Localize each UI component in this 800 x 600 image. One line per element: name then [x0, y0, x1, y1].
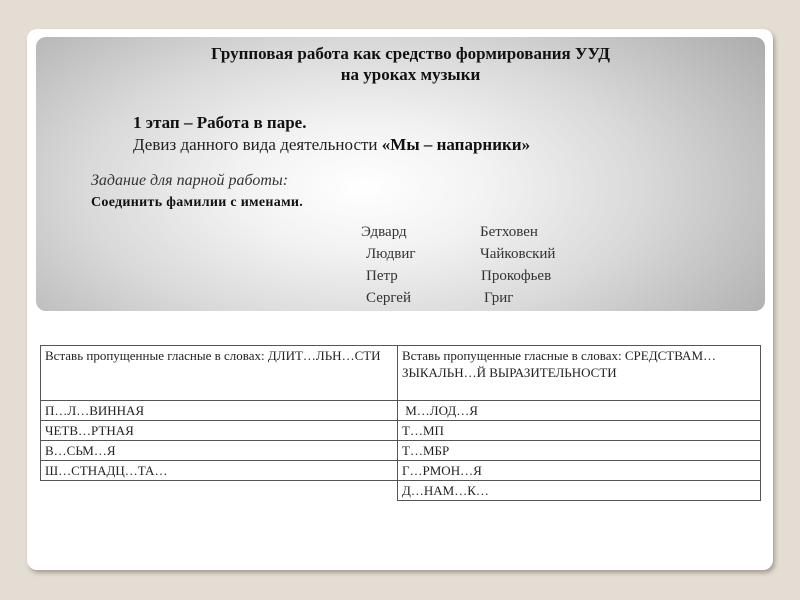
table-cell-empty	[41, 481, 398, 501]
motto: Девиз данного вида деятельности «Мы – на…	[133, 134, 530, 156]
stage-title: 1 этап – Работа в паре.	[133, 112, 530, 134]
table-header-right: Вставь пропущенные гласные в словах: СРЕ…	[398, 346, 761, 401]
stage-block: 1 этап – Работа в паре. Девиз данного ви…	[133, 112, 530, 156]
name-pair: Эдвард Бетховен	[361, 221, 601, 243]
slide: Групповая работа как средство формирован…	[27, 29, 773, 570]
slide-title: Групповая работа как средство формирован…	[36, 43, 765, 85]
task-label: Задание для парной работы:	[91, 170, 303, 192]
last-name: Чайковский	[480, 243, 555, 265]
task-instruction: Соединить фамилии с именами.	[91, 192, 303, 214]
title-line-2: на уроках музыки	[36, 64, 765, 85]
motto-value: «Мы – напарники»	[382, 135, 530, 154]
name-pair: Людвиг Чайковский	[361, 243, 601, 265]
motto-prefix: Девиз данного вида деятельности	[133, 135, 382, 154]
last-name: Григ	[484, 287, 513, 309]
name-pair: Сергей Григ	[361, 287, 601, 309]
names-list: Эдвард Бетховен Людвиг Чайковский Петр П…	[361, 221, 601, 309]
table-cell-right: Г…РМОН…Я	[398, 461, 761, 481]
first-name: Эдвард	[361, 221, 407, 243]
name-pair: Петр Прокофьев	[361, 265, 601, 287]
first-name: Сергей	[366, 287, 411, 309]
last-name: Прокофьев	[481, 265, 551, 287]
title-line-1: Групповая работа как средство формирован…	[36, 43, 765, 64]
header-panel: Групповая работа как средство формирован…	[36, 37, 765, 311]
vowels-table: Вставь пропущенные гласные в словах: ДЛИ…	[40, 345, 761, 501]
first-name: Людвиг	[366, 243, 416, 265]
table-cell-right: М…ЛОД…Я	[398, 401, 761, 421]
table-row: Д…НАМ…К…	[41, 481, 761, 501]
last-name: Бетховен	[480, 221, 538, 243]
table-row: Ш…СТНАДЦ…ТА… Г…РМОН…Я	[41, 461, 761, 481]
table-cell-right: Т…МБР	[398, 441, 761, 461]
table-cell-right: Д…НАМ…К…	[398, 481, 761, 501]
table-cell-right: Т…МП	[398, 421, 761, 441]
table-cell-left: П…Л…ВИННАЯ	[41, 401, 398, 421]
first-name: Петр	[366, 265, 398, 287]
table-cell-left: ЧЕТВ…РТНАЯ	[41, 421, 398, 441]
table-header-left: Вставь пропущенные гласные в словах: ДЛИ…	[41, 346, 398, 401]
task-block: Задание для парной работы: Соединить фам…	[91, 170, 303, 214]
table-cell-left: В…СЬМ…Я	[41, 441, 398, 461]
table-cell-left: Ш…СТНАДЦ…ТА…	[41, 461, 398, 481]
table-row: П…Л…ВИННАЯ М…ЛОД…Я	[41, 401, 761, 421]
table-row: ЧЕТВ…РТНАЯ Т…МП	[41, 421, 761, 441]
table-header-row: Вставь пропущенные гласные в словах: ДЛИ…	[41, 346, 761, 401]
table-row: В…СЬМ…Я Т…МБР	[41, 441, 761, 461]
